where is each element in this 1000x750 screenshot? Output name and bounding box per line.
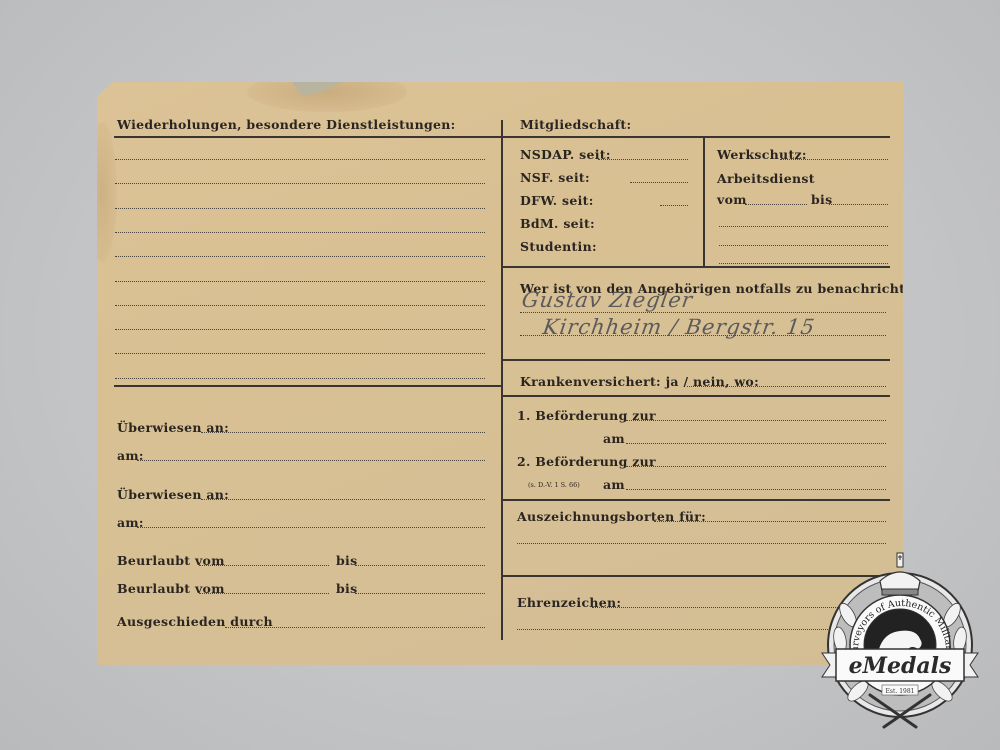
watermark-established: Est. 1981	[886, 688, 915, 695]
blank-line[interactable]	[115, 329, 485, 330]
arbeitsdienst-from-field[interactable]	[745, 204, 807, 205]
column-divider	[501, 120, 503, 640]
divider	[502, 136, 890, 138]
arbeitsdienst-until-field[interactable]	[829, 204, 888, 205]
award-braids-field-2[interactable]	[517, 543, 886, 544]
membership-label: NSF. seit:	[520, 171, 590, 185]
blank-line[interactable]	[115, 305, 485, 306]
arbeitsdienst-from-label: vom	[717, 193, 747, 207]
divider	[502, 359, 890, 361]
insurance-field[interactable]	[687, 386, 886, 387]
arbeitsdienst-extra-field[interactable]	[719, 263, 888, 264]
membership-label: Studentin:	[520, 240, 597, 254]
blank-line[interactable]	[115, 208, 485, 209]
blank-line[interactable]	[115, 256, 485, 257]
membership-divider	[703, 137, 705, 267]
arbeitsdienst-extra-field[interactable]	[719, 245, 888, 246]
transfer-2-date-field[interactable]	[137, 527, 485, 528]
blank-line[interactable]	[115, 353, 485, 354]
membership-field[interactable]	[598, 159, 688, 160]
transfer-2-field[interactable]	[201, 499, 485, 500]
blank-line[interactable]	[115, 378, 485, 379]
handwritten-contact-name: Gustav Ziegler	[520, 288, 694, 312]
leave-1-from-field[interactable]	[199, 565, 329, 566]
divider	[502, 266, 890, 268]
promotion-2-field[interactable]	[626, 466, 886, 467]
watermark-brand: eMedals	[849, 653, 952, 679]
transfer-1-date-field[interactable]	[137, 460, 485, 461]
section-header-membership: Mitgliedschaft:	[520, 118, 631, 132]
promotion-1-field[interactable]	[626, 420, 886, 421]
leave-2-from-field[interactable]	[199, 593, 329, 594]
blank-line[interactable]	[115, 232, 485, 233]
divider	[502, 395, 890, 397]
leave-2-until-field[interactable]	[355, 593, 485, 594]
membership-label: BdM. seit:	[520, 217, 595, 231]
award-braids-field[interactable]	[654, 521, 886, 522]
divider	[502, 499, 890, 501]
blank-line[interactable]	[115, 281, 485, 282]
arbeitsdienst-extra-field[interactable]	[719, 226, 888, 227]
blank-line[interactable]	[115, 159, 485, 160]
emedals-watermark-logo: Purveyors of Authentic Militaria eMedals…	[820, 545, 980, 730]
membership-label: DFW. seit:	[520, 194, 594, 208]
membership-field[interactable]	[630, 182, 688, 183]
arbeitsdienst-label: Arbeitsdienst	[717, 172, 815, 186]
transfer-1-field[interactable]	[201, 432, 485, 433]
divider	[114, 136, 503, 138]
werkschutz-field[interactable]	[780, 159, 888, 160]
emergency-contact-line-1[interactable]	[520, 312, 886, 313]
promotion-footnote: (s. D.-V. 1 S. 66)	[528, 481, 580, 489]
divider	[114, 385, 503, 387]
handwritten-contact-address: Kirchheim / Bergstr. 15	[541, 315, 816, 339]
leave-1-until-field[interactable]	[355, 565, 485, 566]
discharged-field[interactable]	[225, 627, 485, 628]
promotion-1-date-label: am	[603, 432, 625, 446]
promotion-2-date-field[interactable]	[626, 489, 886, 490]
promotion-2-date-label: am	[603, 478, 625, 492]
blank-line[interactable]	[115, 183, 485, 184]
document-card: Wiederholungen, besondere Dienstleistung…	[97, 82, 903, 665]
membership-field[interactable]	[660, 205, 688, 206]
promotion-1-date-field[interactable]	[626, 443, 886, 444]
section-header-repetitions: Wiederholungen, besondere Dienstleistung…	[117, 118, 456, 132]
